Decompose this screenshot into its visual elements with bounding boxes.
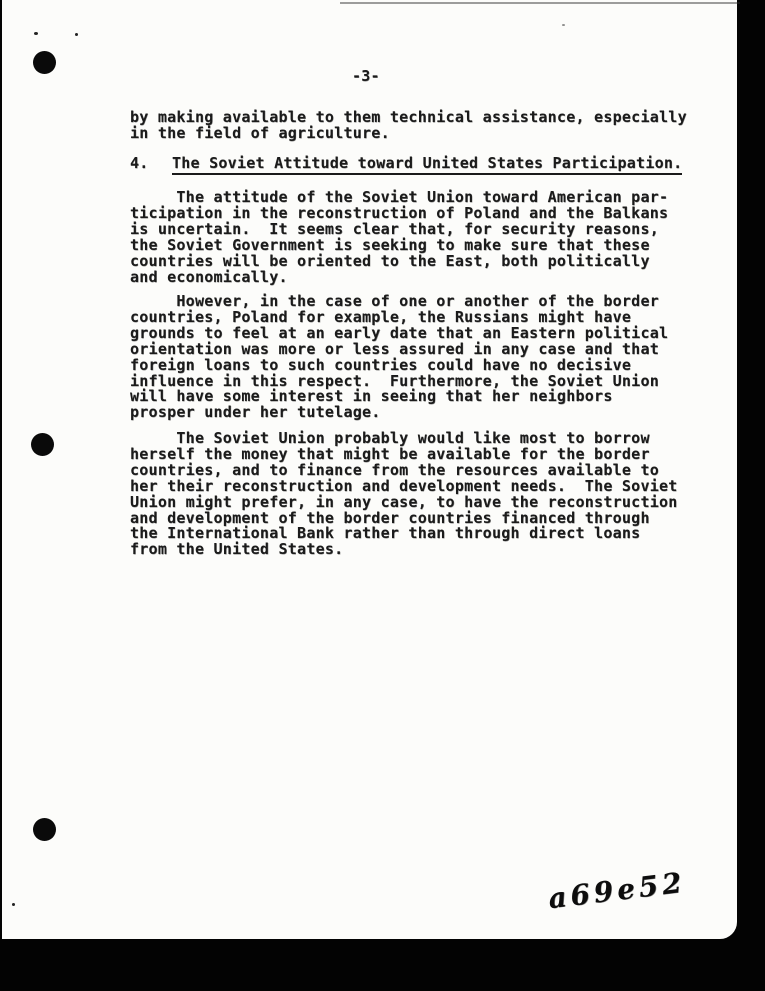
paragraph-2: However, in the case of one or another o…	[130, 294, 668, 421]
scan-speck	[75, 33, 78, 36]
document-page: -3- by making available to them technica…	[2, 0, 737, 939]
handwritten-annotation: a69e52	[547, 866, 688, 916]
hole-punch-middle	[31, 433, 54, 456]
scan-background: -3- by making available to them technica…	[0, 0, 765, 991]
intro-paragraph: by making available to them technical as…	[130, 110, 687, 142]
scan-speck	[12, 903, 15, 906]
hole-punch-top	[33, 51, 56, 74]
scan-edge-line	[340, 2, 740, 4]
section-title: The Soviet Attitude toward United States…	[172, 156, 682, 175]
scan-speck	[34, 32, 38, 35]
page-number: -3-	[352, 69, 380, 85]
hole-punch-bottom	[33, 818, 56, 841]
scan-speck	[562, 24, 565, 26]
paragraph-1: The attitude of the Soviet Union toward …	[130, 190, 668, 285]
section-number: 4.	[130, 156, 172, 175]
section-heading: 4. The Soviet Attitude toward United Sta…	[130, 156, 682, 175]
paragraph-3: The Soviet Union probably would like mos…	[130, 431, 678, 558]
